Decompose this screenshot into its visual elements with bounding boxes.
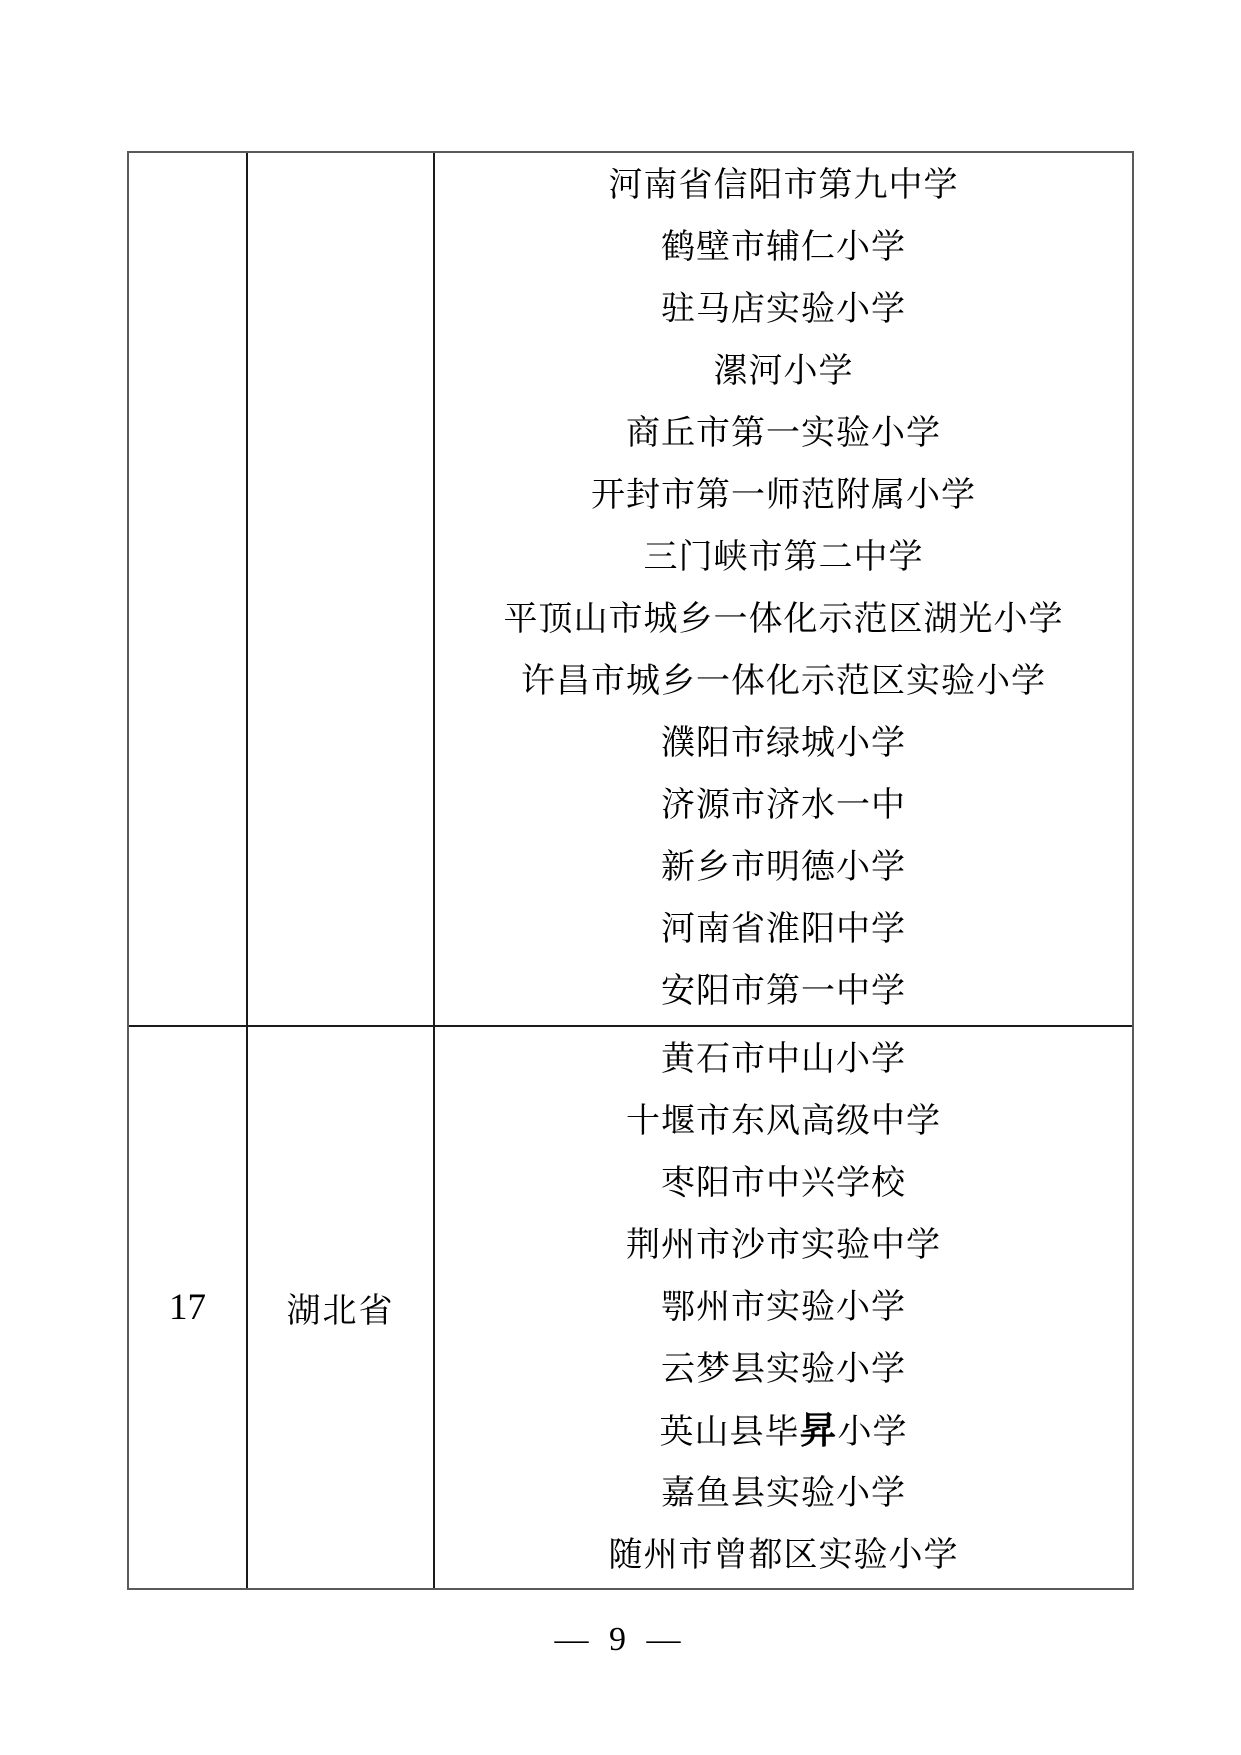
school-name: 新乡市明德小学 (661, 837, 906, 899)
school-name: 济源市济水一中 (661, 775, 906, 837)
school-name: 黄石市中山小学 (661, 1029, 906, 1091)
school-name: 鄂州市实验小学 (661, 1277, 906, 1339)
school-name: 嘉鱼县实验小学 (661, 1463, 906, 1525)
school-name: 枣阳市中兴学校 (661, 1153, 906, 1215)
school-name: 驻马店实验小学 (661, 279, 906, 341)
school-name: 濮阳市绿城小学 (661, 713, 906, 775)
schools-cell: 河南省信阳市第九中学鹤壁市辅仁小学驻马店实验小学漯河小学商丘市第一实验小学开封市… (435, 153, 1132, 1025)
school-name: 三门峡市第二中学 (644, 527, 924, 589)
document-page: 河南省信阳市第九中学鹤壁市辅仁小学驻马店实验小学漯河小学商丘市第一实验小学开封市… (0, 0, 1241, 1755)
rare-character-bold: 昇 (800, 1411, 838, 1452)
page-number: — 9 — (0, 1621, 1241, 1659)
school-name: 十堰市东风高级中学 (626, 1091, 941, 1153)
table-row-henan-continued: 河南省信阳市第九中学鹤壁市辅仁小学驻马店实验小学漯河小学商丘市第一实验小学开封市… (129, 153, 1132, 1027)
school-name: 河南省淮阳中学 (661, 899, 906, 961)
sequence-cell (129, 153, 248, 1025)
school-name: 云梦县实验小学 (661, 1339, 906, 1401)
school-name: 河南省信阳市第九中学 (609, 155, 959, 217)
province-cell: 湖北省 (248, 1027, 435, 1588)
school-name: 商丘市第一实验小学 (626, 403, 941, 465)
sequence-number: 17 (169, 1286, 206, 1329)
school-name: 鹤壁市辅仁小学 (661, 217, 906, 279)
school-name: 漯河小学 (714, 341, 854, 403)
province-cell (248, 153, 435, 1025)
school-award-table: 河南省信阳市第九中学鹤壁市辅仁小学驻马店实验小学漯河小学商丘市第一实验小学开封市… (127, 151, 1134, 1590)
table-row-hubei: 17 湖北省 黄石市中山小学十堰市东风高级中学枣阳市中兴学校荆州市沙市实验中学鄂… (129, 1027, 1132, 1588)
school-name: 开封市第一师范附属小学 (591, 465, 976, 527)
school-name: 随州市曾都区实验小学 (609, 1525, 959, 1587)
schools-cell: 黄石市中山小学十堰市东风高级中学枣阳市中兴学校荆州市沙市实验中学鄂州市实验小学云… (435, 1027, 1132, 1588)
school-name: 英山县毕昇小学 (660, 1401, 908, 1463)
school-name: 许昌市城乡一体化示范区实验小学 (521, 651, 1046, 713)
province-name: 湖北省 (287, 1283, 395, 1332)
school-name: 荆州市沙市实验中学 (626, 1215, 941, 1277)
school-name: 安阳市第一中学 (661, 961, 906, 1023)
sequence-cell: 17 (129, 1027, 248, 1588)
school-name: 平顶山市城乡一体化示范区湖光小学 (504, 589, 1064, 651)
